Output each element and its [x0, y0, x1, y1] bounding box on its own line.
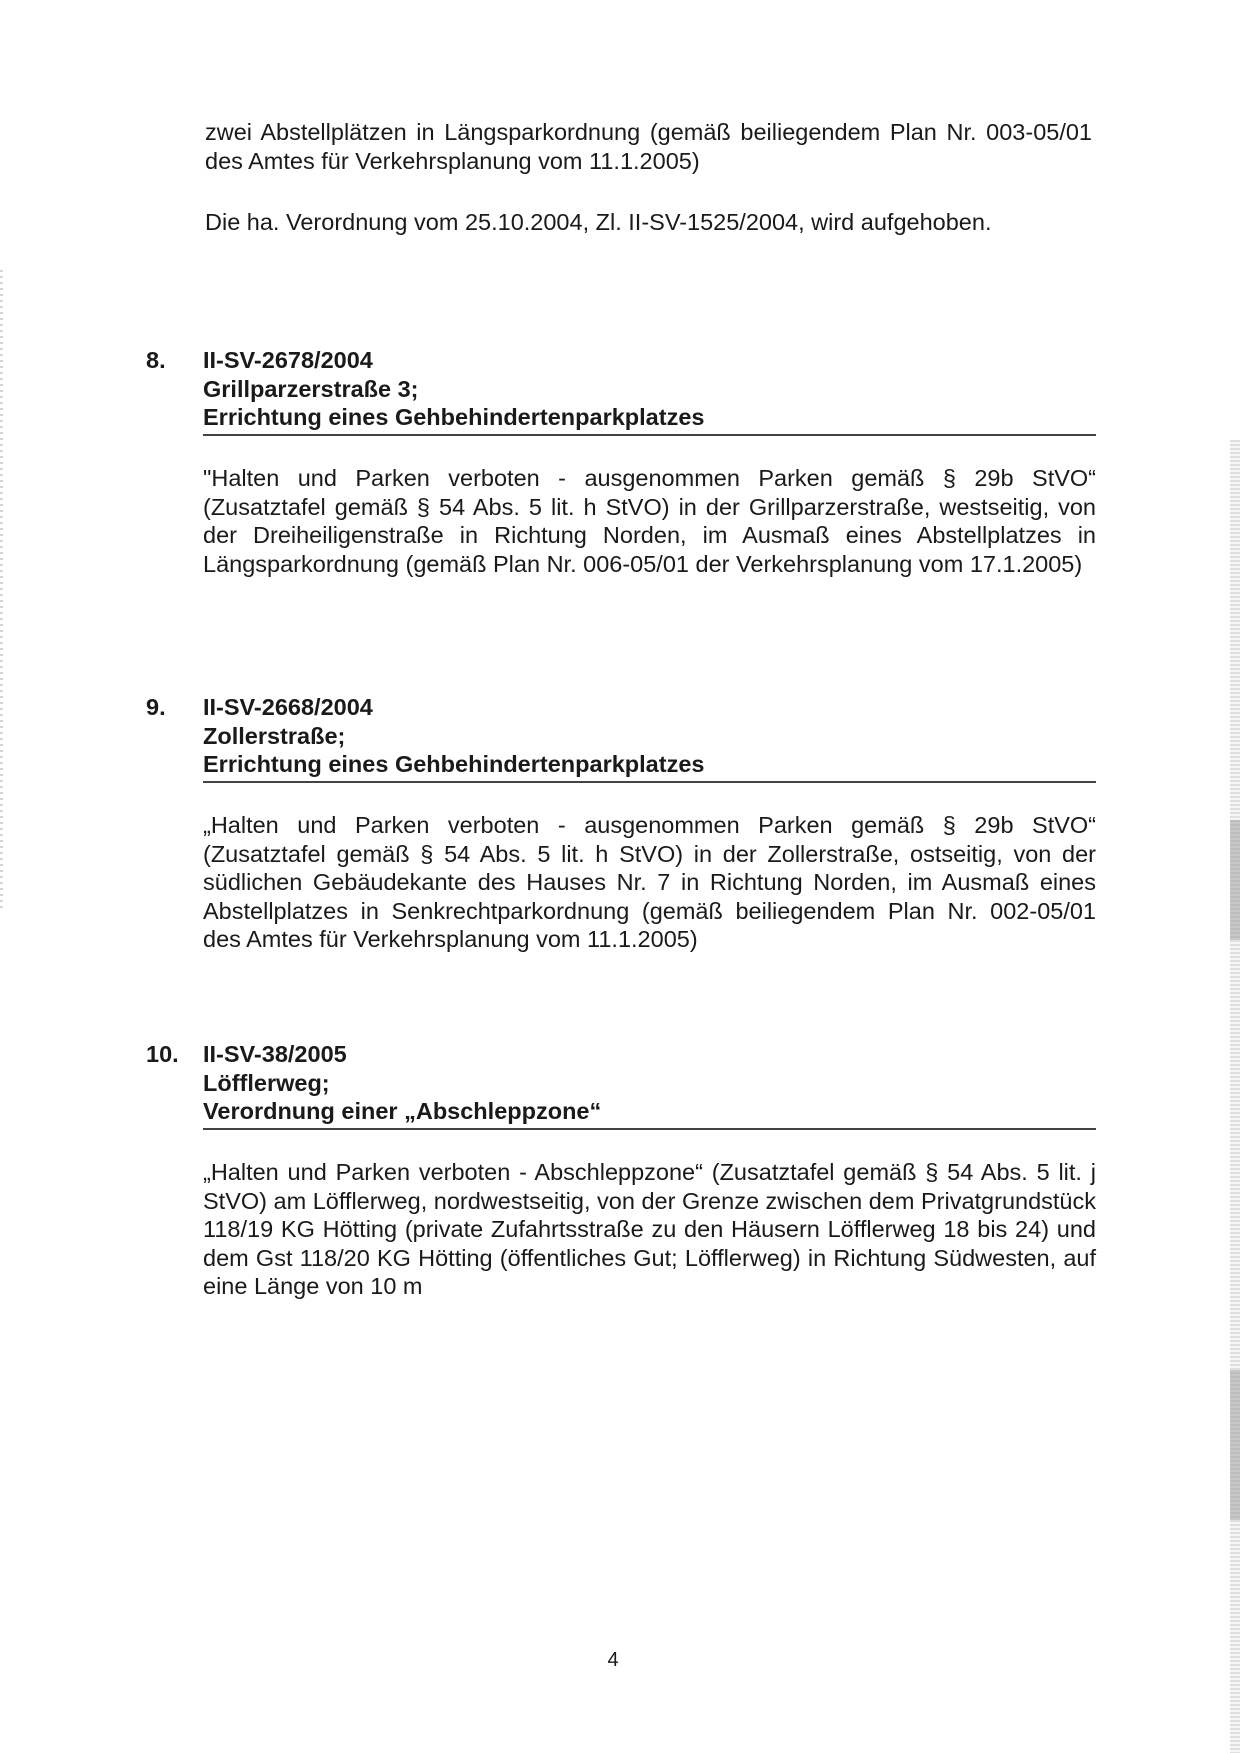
item-subject: Errichtung eines Gehbehindertenparkplatz…: [203, 750, 1096, 779]
item-body: „Halten und Parken verboten - ausgenomme…: [203, 811, 1096, 954]
item-subject: Errichtung eines Gehbehindertenparkplatz…: [203, 403, 1096, 432]
item-heading: II-SV-38/2005 Löfflerweg; Verordnung ein…: [203, 1040, 1096, 1130]
scan-edge-left: [0, 270, 3, 910]
scan-edge-right: [1230, 440, 1240, 1753]
scan-shadow: [1230, 820, 1240, 940]
item-reference: II-SV-2668/2004: [203, 693, 1096, 722]
document-page: zwei Abstellplätzen in Längsparkordnung …: [0, 0, 1240, 1753]
page-number: 4: [0, 1649, 1226, 1672]
item-body: "Halten und Parken verboten - ausgenomme…: [203, 464, 1096, 578]
item-body: „Halten und Parken verboten - Abschleppz…: [203, 1158, 1096, 1301]
repeal-paragraph: Die ha. Verordnung vom 25.10.2004, Zl. I…: [205, 208, 1095, 237]
item-reference: II-SV-38/2005: [203, 1040, 1096, 1069]
item-number: 10.: [146, 1040, 179, 1069]
item-heading: II-SV-2678/2004 Grillparzerstraße 3; Err…: [203, 346, 1096, 436]
item-reference: II-SV-2678/2004: [203, 346, 1096, 375]
item-heading: II-SV-2668/2004 Zollerstraße; Errichtung…: [203, 693, 1096, 783]
item-location: Grillparzerstraße 3;: [203, 375, 1096, 404]
item-subject: Verordnung einer „Abschleppzone“: [203, 1097, 1096, 1126]
scan-shadow: [1230, 1370, 1240, 1520]
item-location: Zollerstraße;: [203, 722, 1096, 751]
item-number: 8.: [146, 346, 166, 375]
item-number: 9.: [146, 693, 166, 722]
item-location: Löfflerweg;: [203, 1069, 1096, 1098]
continuation-paragraph: zwei Abstellplätzen in Längsparkordnung …: [205, 118, 1092, 175]
